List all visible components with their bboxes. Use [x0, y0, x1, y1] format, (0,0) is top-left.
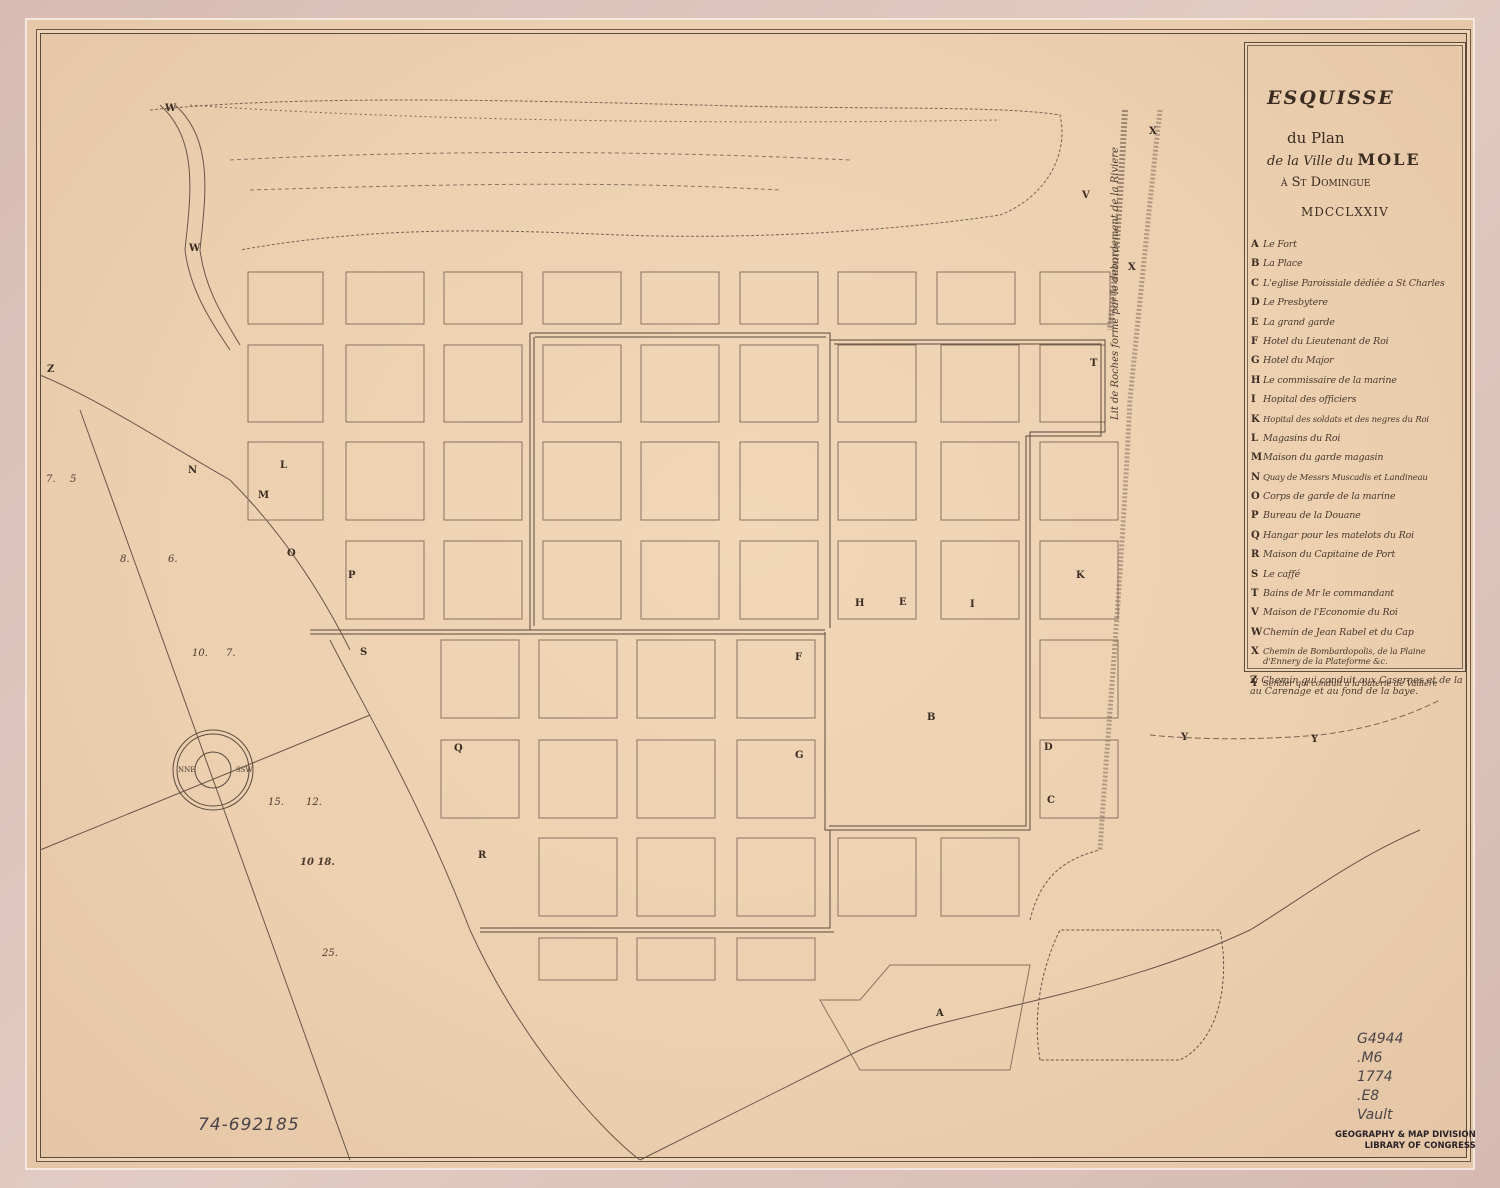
legend-item: CL'eglise Paroissiale dédiée a St Charle…	[1251, 278, 1466, 297]
accession-number: 74-692185	[198, 1115, 300, 1135]
sounding: 10.	[192, 648, 208, 659]
plan-label-i: I	[970, 599, 975, 610]
plan-label-v: V	[1082, 190, 1090, 201]
plan-label-w2: W	[189, 243, 200, 254]
sounding: 7.	[226, 648, 236, 659]
plan-label-w1: W	[165, 103, 176, 114]
sounding: 7.	[46, 474, 56, 485]
legend-item: HLe commissaire de la marine	[1251, 375, 1466, 394]
legend-item: XChemin de Bombardopolis, de la Plaine d…	[1251, 646, 1466, 678]
plan-label-o: O	[287, 548, 296, 559]
legend-item: FHotel du Lieutenant de Roi	[1251, 336, 1466, 355]
town-name: MOLE	[1357, 150, 1420, 169]
legend-item: MMaison du garde magasin	[1251, 452, 1466, 471]
plan-label-e: E	[899, 597, 907, 608]
sounding: 12.	[306, 797, 322, 808]
legend-item: IHopital des officiers	[1251, 394, 1466, 413]
compass-label-nne: NNE	[178, 766, 195, 774]
legend-item: OCorps de garde de la marine	[1251, 491, 1466, 510]
legend-cartouche: ESQUISSE du Plan de la Ville du MOLE à S…	[1244, 42, 1466, 672]
legend-list: ALe Fort BLa Place CL'eglise Paroissiale…	[1251, 239, 1466, 698]
town-prefix: de la Ville du	[1267, 154, 1353, 169]
legend-item: ALe Fort	[1251, 239, 1466, 258]
legend-item: TBains de Mr le commandant	[1251, 588, 1466, 607]
legend-item: GHotel du Major	[1251, 355, 1466, 374]
map-title: ESQUISSE	[1267, 87, 1395, 109]
legend-item: NQuay de Messrs Muscadis et Landineau	[1251, 472, 1466, 491]
plan-label-l: L	[280, 460, 287, 471]
legend-item: KHopital des soldats et des negres du Ro…	[1251, 414, 1466, 433]
sounding: 5	[70, 474, 76, 485]
plan-label-a: A	[936, 1008, 944, 1019]
legend-item: VMaison de l'Economie du Roi	[1251, 607, 1466, 626]
map-subtitle-town: de la Ville du MOLE	[1267, 150, 1421, 169]
sounding: 6.	[168, 554, 178, 565]
plan-label-q: Q	[454, 743, 463, 754]
legend-item: LMagasins du Roi	[1251, 433, 1466, 452]
plan-label-z: Z	[47, 364, 54, 375]
plan-label-s: S	[360, 647, 367, 658]
legend-item: BLa Place	[1251, 258, 1466, 277]
plan-label-y2: Y	[1311, 734, 1318, 745]
legend-item: ELa grand garde	[1251, 317, 1466, 336]
plan-label-x1: X	[1149, 126, 1157, 137]
compass-label-ssw: SSW	[236, 766, 253, 774]
plan-label-c: C	[1047, 795, 1055, 806]
map-subtitle: du Plan	[1287, 129, 1345, 147]
plan-label-m: M	[258, 490, 269, 501]
legend-item: WChemin de Jean Rabel et du Cap	[1251, 627, 1466, 646]
plan-label-h: H	[855, 598, 864, 609]
call-number: G4944 .M6 1774 .E8 Vault	[1357, 1030, 1403, 1125]
plan-label-y1: Y	[1181, 732, 1188, 743]
legend-item: SLe caffé	[1251, 569, 1466, 588]
plan-label-t: T	[1090, 358, 1097, 369]
river-bed-label: Lit de Roches formé par le debordement d…	[1110, 147, 1121, 420]
plan-label-g: G	[795, 750, 804, 761]
sounding: 15.	[268, 797, 284, 808]
plan-label-f: F	[795, 652, 802, 663]
library-stamp: GEOGRAPHY & MAP DIVISION LIBRARY OF CONG…	[1335, 1130, 1476, 1152]
plan-label-x2: X	[1128, 262, 1136, 273]
sounding: 10 18.	[300, 857, 335, 868]
plan-label-p: P	[348, 570, 356, 581]
sounding: 25.	[322, 948, 338, 959]
map-year: MDCCLXXIV	[1301, 205, 1389, 219]
plan-label-b: B	[927, 712, 935, 723]
legend-item: DLe Presbytere	[1251, 297, 1466, 316]
plan-label-r: R	[478, 850, 486, 861]
legend-item: RMaison du Capitaine de Port	[1251, 549, 1466, 568]
legend-item: PBureau de la Douane	[1251, 510, 1466, 529]
map-location: à St Domingue	[1281, 175, 1370, 190]
legend-item: QHangar pour les matelots du Roi	[1251, 530, 1466, 549]
plan-label-n: N	[188, 465, 197, 476]
sounding: 8.	[120, 554, 130, 565]
plan-label-k: K	[1076, 570, 1085, 581]
legend-item-z: ZChemin qui conduit aux Casernes et de l…	[1250, 675, 1465, 697]
plan-label-d: D	[1044, 742, 1053, 753]
